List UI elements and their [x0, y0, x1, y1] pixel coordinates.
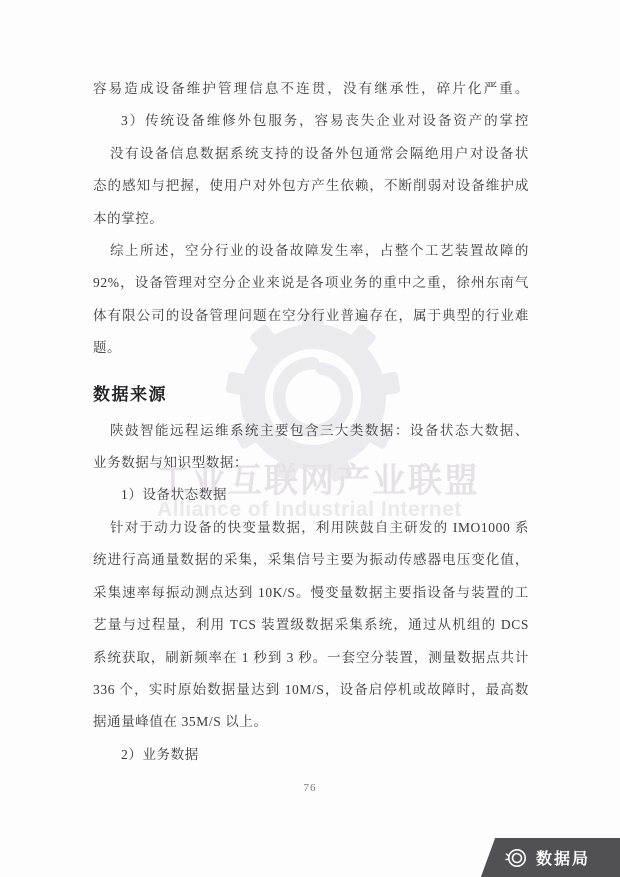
text-line: 态的感知与把握，使用户对外包方产生依赖，不断削弱对设备维护成 — [93, 170, 529, 202]
text-line: 业务数据与知识型数据： — [93, 447, 529, 479]
text-line: 题。 — [93, 332, 529, 364]
text-line: 统进行高通量数据的采集，采集信号主要为振动传感器电压变化值， — [93, 544, 529, 576]
document-body: 容易造成设备维护管理信息不连贯，没有继承性，碎片化严重。 3）传统设备维修外包服… — [93, 73, 529, 771]
document-page: 工业互联网产业联盟 Alliance of Industrial Interne… — [0, 0, 620, 877]
text-line: 针对于动力设备的快变量数据，利用陕鼓自主研发的 IMO1000 系 — [93, 512, 529, 544]
text-line: 综上所述，空分行业的设备故障发生率，占整个工艺装置故障的 — [93, 235, 529, 267]
spiral-vortex-icon — [504, 846, 528, 870]
text-line: 没有设备信息数据系统支持的设备外包通常会隔绝用户对设备状 — [93, 138, 529, 170]
text-line: 2）业务数据 — [93, 739, 529, 771]
text-line: 1）设备状态数据 — [93, 479, 529, 511]
footer-badge: 数据局 — [481, 838, 620, 877]
text-line: 采集速率每振动测点达到 10K/S。慢变量数据主要指设备与装置的工 — [93, 577, 529, 609]
text-line: 体有限公司的设备管理问题在空分行业普遍存在，属于典型的行业难 — [93, 300, 529, 332]
text-line: 本的掌控。 — [93, 203, 529, 235]
footer-badge-content: 数据局 — [488, 838, 620, 877]
text-line: 陕鼓智能远程运维系统主要包含三大类数据：设备状态大数据、 — [93, 415, 529, 447]
section-heading: 数据来源 — [93, 379, 529, 411]
text-line: 336 个，实时原始数据量达到 10M/S，设备启停机或故障时，最高数 — [93, 674, 529, 706]
text-line: 据通量峰值在 35M/S 以上。 — [93, 706, 529, 738]
text-line: 容易造成设备维护管理信息不连贯，没有继承性，碎片化严重。 — [93, 73, 529, 105]
page-number: 76 — [0, 782, 620, 794]
footer-badge-label: 数据局 — [536, 846, 590, 869]
text-line: 艺量与过程量，利用 TCS 装置级数据采集系统，通过从机组的 DCS — [93, 609, 529, 641]
text-line: 3）传统设备维修外包服务，容易丧失企业对设备资产的掌控 — [93, 105, 529, 137]
text-line: 92%，设备管理对空分企业来说是各项业务的重中之重，徐州东南气 — [93, 267, 529, 299]
text-line: 系统获取，刷新频率在 1 秒到 3 秒。一套空分装置，测量数据点共计 — [93, 642, 529, 674]
